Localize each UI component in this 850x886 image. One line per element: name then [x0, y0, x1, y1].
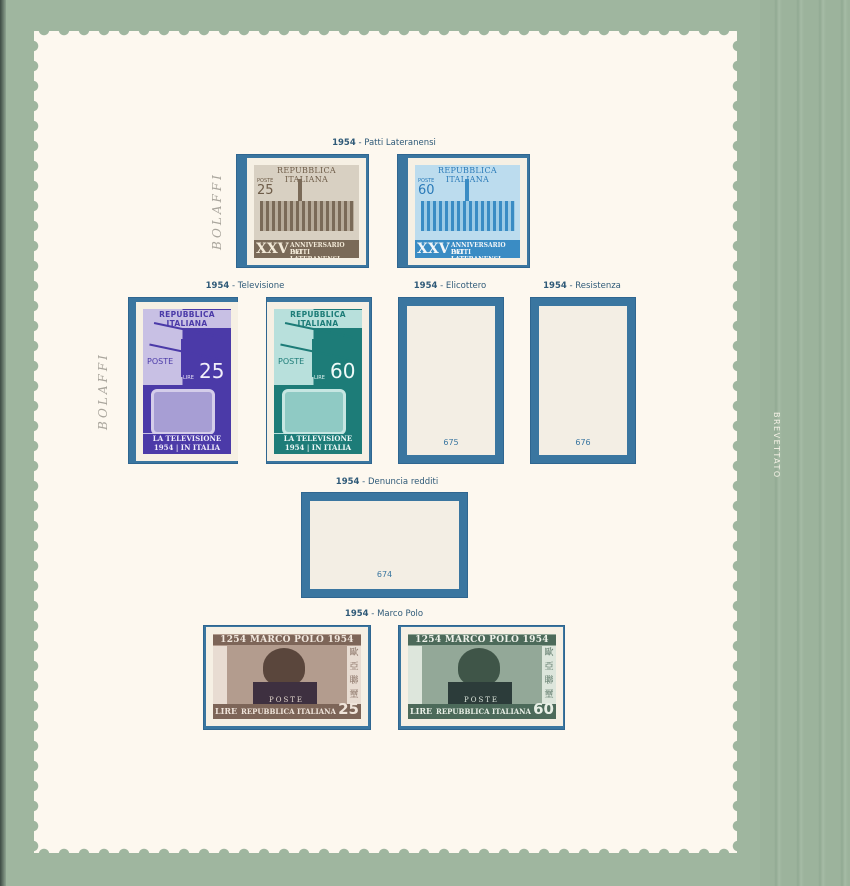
- perforation-edge-top: [34, 27, 737, 37]
- stamp-banner: LA TELEVISIONE 1954 | IN ITALIA: [274, 434, 362, 454]
- section-caption: 1954 - Resistenza: [543, 281, 621, 291]
- stamp-design: 1254 MARCO POLO 1954 歐亞聯壐 POSTE LIRE REP…: [213, 634, 361, 719]
- perforation-edge-right: [731, 31, 741, 853]
- antenna-mast: [312, 339, 315, 377]
- stamp-value: 25: [257, 183, 274, 198]
- stamp-mount[interactable]: REPUBBLICA ITALIANA POSTE 25 XXV ANNIVER…: [236, 154, 369, 268]
- section-caption: 1954 - Denuncia redditi: [336, 477, 438, 487]
- catalog-number: 674: [301, 570, 468, 579]
- section-caption: 1954 - Televisione: [206, 281, 285, 291]
- stamp-label: POSTE: [147, 357, 173, 366]
- chinese-inscription-panel: 歐亞聯壐: [347, 646, 361, 704]
- brand-mark: BREVETTATO: [772, 412, 781, 479]
- banner-line2: 1954 | IN ITALIA: [143, 443, 231, 452]
- sheet-edge-shadow: [0, 0, 6, 886]
- stamp-mount[interactable]: REPUBBLICA ITALIANA POSTE LIRE 60 LA TEL…: [266, 297, 372, 464]
- stamp-design: REPUBBLICA ITALIANA POSTE LIRE 25 LA TEL…: [143, 309, 231, 454]
- caption-year: 1954: [543, 281, 567, 291]
- stamp[interactable]: REPUBBLICA ITALIANA POSTE LIRE 60 LA TEL…: [269, 304, 367, 459]
- stamp-banner: XXV ANNIVERSARIO DEI PATTI LATERANENSI: [415, 240, 520, 258]
- caption-title: Marco Polo: [377, 609, 423, 619]
- empty-stamp-mount[interactable]: 674: [301, 492, 468, 598]
- stamp[interactable]: REPUBBLICA ITALIANA POSTE 25 XXV ANNIVER…: [249, 160, 364, 263]
- caption-title: Patti Lateranensi: [364, 138, 436, 148]
- stamp-currency: LIRE: [183, 375, 194, 381]
- catalog-number: 675: [398, 438, 504, 447]
- stamp-title: 1254 MARCO POLO 1954: [213, 635, 361, 645]
- portrait-illustration: [458, 648, 500, 686]
- perforation-edge-left: [30, 31, 40, 853]
- stamp-banner: LIRE REPUBBLICA ITALIANA 25: [213, 704, 361, 719]
- banner-line2: PATTI LATERANENSI: [290, 249, 359, 258]
- perforation-edge-bottom: [34, 847, 737, 857]
- stamp-mount[interactable]: 1254 MARCO POLO 1954 歐亞聯壐 POSTE LIRE REP…: [203, 625, 371, 730]
- mount-window: [407, 306, 495, 455]
- banner-line2: 1954 | IN ITALIA: [274, 443, 362, 452]
- stamp[interactable]: REPUBBLICA ITALIANA POSTE LIRE 25 LA TEL…: [138, 304, 236, 459]
- stamp-title: 1254 MARCO POLO 1954: [408, 635, 556, 645]
- stamp-value: 60: [330, 359, 355, 383]
- caption-title: Elicottero: [446, 281, 486, 291]
- stamp-country: REPUBBLICA ITALIANA: [436, 707, 531, 716]
- stamp-value: 60: [533, 700, 554, 718]
- caption-year: 1954: [414, 281, 438, 291]
- stamp-design: 1254 MARCO POLO 1954 歐亞聯壐 POSTE LIRE REP…: [408, 634, 556, 719]
- stamp[interactable]: REPUBBLICA ITALIANA POSTE 60 XXV ANNIVER…: [410, 160, 525, 263]
- banner-line1: LA TELEVISIONE: [143, 434, 231, 443]
- banner-roman: XXV: [256, 241, 289, 257]
- stamp-banner: LA TELEVISIONE 1954 | IN ITALIA: [143, 434, 231, 454]
- chinese-inscription-panel: 歐亞聯壐: [542, 646, 556, 704]
- stamp-banner: LIRE REPUBBLICA ITALIANA 60: [408, 704, 556, 719]
- section-caption: 1954 - Patti Lateranensi: [332, 138, 436, 148]
- caption-year: 1954: [332, 138, 356, 148]
- catalog-number: 676: [530, 438, 636, 447]
- stamp-banner: XXV ANNIVERSARIO DEI PATTI LATERANENSI: [254, 240, 359, 258]
- section-caption: 1954 - Elicottero: [414, 281, 487, 291]
- stamp-design: REPUBBLICA ITALIANA POSTE 60 XXV ANNIVER…: [415, 165, 520, 258]
- stamp-currency: LIRE: [215, 706, 237, 716]
- banner-line2: PATTI LATERANENSI: [451, 249, 520, 258]
- latin-inscription-panel: [213, 646, 227, 704]
- stamp-label: POSTE: [278, 357, 304, 366]
- stamp[interactable]: 1254 MARCO POLO 1954 歐亞聯壐 POSTE LIRE REP…: [208, 629, 366, 724]
- tv-screen-illustration: [151, 389, 215, 435]
- stamp-currency: LIRE: [410, 706, 432, 716]
- stamp-mount[interactable]: 1254 MARCO POLO 1954 歐亞聯壐 POSTE LIRE REP…: [398, 625, 565, 730]
- caption-title: Denuncia redditi: [368, 477, 438, 487]
- latin-inscription-panel: [408, 646, 422, 704]
- stamp-country: REPUBBLICA ITALIANA: [241, 707, 336, 716]
- pencil-annotation: BOLAFFI: [96, 352, 110, 430]
- caption-title: Televisione: [238, 281, 285, 291]
- stamp[interactable]: 1254 MARCO POLO 1954 歐亞聯壐 POSTE LIRE REP…: [403, 629, 561, 724]
- caption-year: 1954: [336, 477, 360, 487]
- empty-stamp-mount[interactable]: 676: [530, 297, 636, 464]
- section-caption: 1954 - Marco Polo: [345, 609, 423, 619]
- stamp-value: 25: [199, 359, 224, 383]
- banner-line1: LA TELEVISIONE: [274, 434, 362, 443]
- stamp-mount[interactable]: REPUBBLICA ITALIANA POSTE LIRE 25 LA TEL…: [128, 297, 238, 464]
- stamp-currency: LIRE: [314, 375, 325, 381]
- stamp-mount[interactable]: REPUBBLICA ITALIANA POSTE 60 XXV ANNIVER…: [397, 154, 530, 268]
- palace-illustration: [260, 201, 354, 231]
- palace-illustration: [421, 201, 515, 231]
- stamp-value: 60: [418, 183, 435, 198]
- mount-window: [539, 306, 627, 455]
- empty-stamp-mount[interactable]: 675: [398, 297, 504, 464]
- banner-roman: XXV: [417, 241, 450, 257]
- pencil-annotation: BOLAFFI: [210, 172, 224, 250]
- caption-year: 1954: [345, 609, 369, 619]
- stamp-design: REPUBBLICA ITALIANA POSTE 25 XXV ANNIVER…: [254, 165, 359, 258]
- antenna-mast: [181, 339, 184, 377]
- tv-screen-illustration: [282, 389, 346, 435]
- stamp-label: POSTE: [464, 696, 499, 704]
- stamp-value: 25: [338, 700, 359, 718]
- caption-year: 1954: [206, 281, 230, 291]
- stamp-design: REPUBBLICA ITALIANA POSTE LIRE 60 LA TEL…: [274, 309, 362, 454]
- caption-title: Resistenza: [575, 281, 621, 291]
- stamp-label: POSTE: [269, 696, 304, 704]
- portrait-illustration: [263, 648, 305, 686]
